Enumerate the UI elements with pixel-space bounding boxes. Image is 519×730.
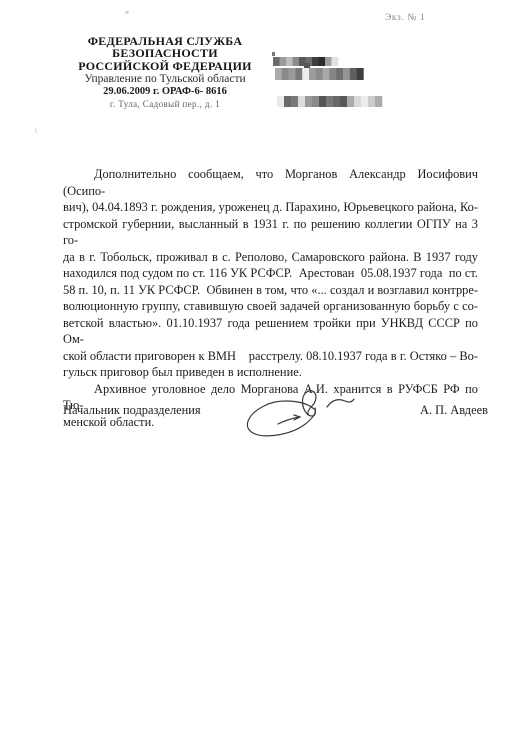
document-page: Экз. № 1 ФЕДЕРАЛЬНАЯ СЛУЖБА БЕЗОПАСНОСТИ… [0,0,519,730]
letterhead: ФЕДЕРАЛЬНАЯ СЛУЖБА БЕЗОПАСНОСТИ РОССИЙСК… [45,35,285,110]
date-reference-line: 29.06.2009 г. ОРАФ-6- 8616 [45,86,285,98]
body-line: стромской губернии, высланный в 1931 г. … [63,216,478,249]
body-line: ской области приговорен к ВМН расстрелу.… [63,348,478,365]
body-line: находился под судом по ст. 116 УК РСФСР.… [63,265,478,282]
body-line: волюционную группу, ставившую своей зада… [63,298,478,315]
position-title: Начальник подразделения [63,403,201,418]
org-name-line2: БЕЗОПАСНОСТИ [45,47,285,59]
body-line: Дополнительно сообщаем, что Морганов Але… [63,166,478,199]
division-line: Управление по Тульской области [45,73,285,86]
body-line: гульск приговор был приведен в исполнени… [63,364,478,381]
scan-speck [125,11,129,14]
body-line: вич), 04.04.1893 г. рождения, уроженец д… [63,199,478,216]
address-line: г. Тула, Садовый пер., д. 1 [45,99,285,110]
exemplar-note: Экз. № 1 [385,13,425,23]
org-name-line3: РОССИЙСКОЙ ФЕДЕРАЦИИ [45,60,285,72]
body-line: ветской властью». 01.10.1937 года решени… [63,315,478,348]
scan-speck [34,126,40,133]
handwritten-signature [228,386,378,471]
signer-name: А. П. Авдеев [420,403,488,418]
body-line: да в г. Тобольск, проживал в с. Реполово… [63,249,478,266]
redacted-recipient-block [268,50,393,112]
body-line: 58 п. 10, п. 11 УК РСФСР. Обвинен в том,… [63,282,478,299]
